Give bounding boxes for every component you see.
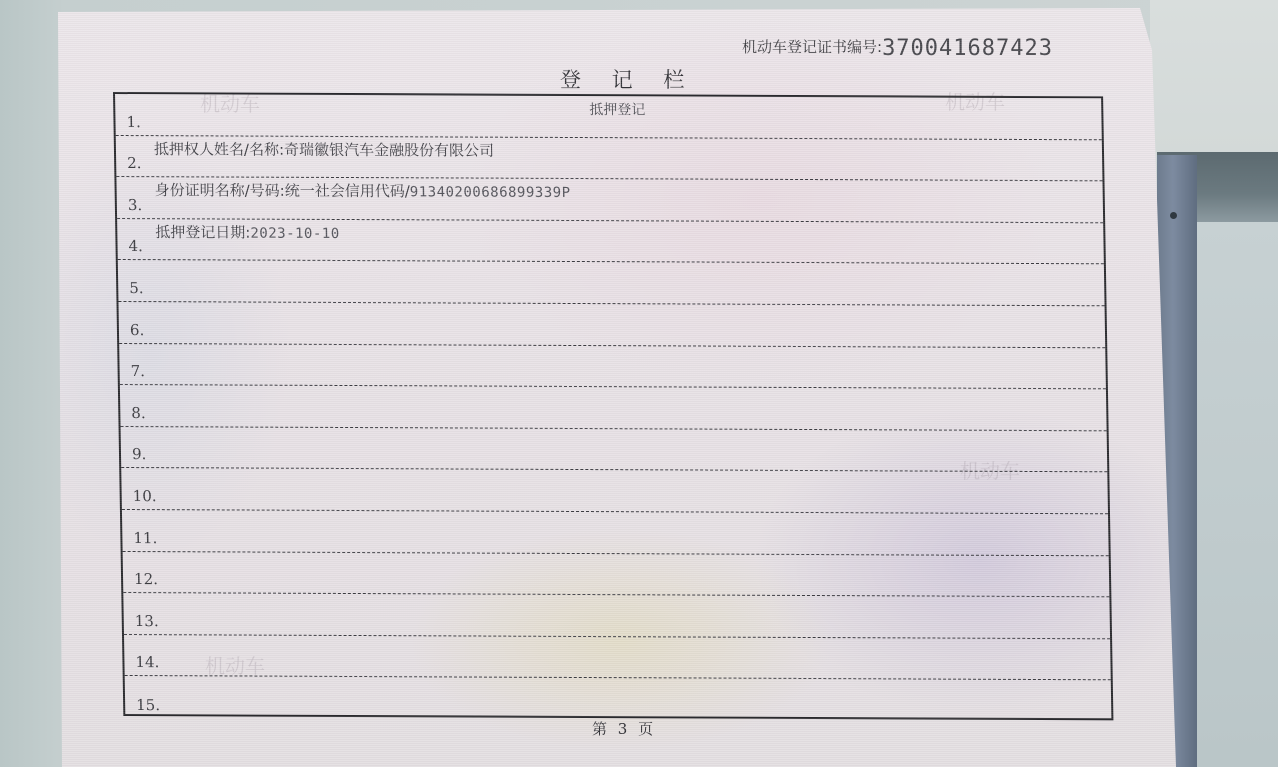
table-row: 1.抵押登记 — [115, 94, 1102, 140]
row-number: 15. — [136, 696, 160, 714]
certificate-number-label: 机动车登记证书编号: — [742, 38, 882, 56]
table-row: 8. — [120, 385, 1107, 431]
section-title: 登 记 栏 — [560, 64, 696, 94]
row-value: 统一社会信用代码/ — [285, 182, 410, 201]
table-row: 10. — [121, 468, 1108, 514]
row-number: 12. — [134, 570, 158, 588]
table-row: 6. — [118, 302, 1105, 348]
row-number: 2. — [127, 154, 142, 172]
row-content: 身份证明名称/号码:统一社会信用代码/91340200686899339P — [154, 179, 570, 202]
row-number: 4. — [128, 237, 143, 255]
row-content: 抵押登记日期:2023-10-10 — [155, 221, 340, 243]
table-row: 4.抵押登记日期:2023-10-10 — [117, 219, 1104, 265]
row-code: 91340200686899339P — [410, 184, 571, 201]
row-number: 13. — [135, 612, 159, 630]
row-number: 10. — [133, 487, 157, 505]
table-row: 3.身份证明名称/号码:统一社会信用代码/91340200686899339P — [116, 177, 1103, 223]
row-number: 3. — [128, 196, 143, 214]
row-number: 1. — [126, 113, 141, 131]
row-number: 9. — [132, 445, 147, 463]
screw-icon — [1170, 212, 1177, 219]
certificate-number: 机动车登记证书编号:370041687423 — [742, 36, 1053, 61]
registration-certificate-page: 机动车 机动车 机动车 机动车 机动车登记证书编号:370041687423 登… — [0, 0, 1278, 767]
row-label: 身份证明名称/号码: — [154, 181, 284, 200]
row-number: 14. — [135, 653, 159, 671]
table-row: 9. — [121, 427, 1108, 473]
row-label: 抵押权人姓名/名称: — [154, 140, 284, 159]
row-title: 抵押登记 — [589, 99, 645, 119]
table-row: 7. — [119, 344, 1106, 390]
background-frame-inner — [1197, 222, 1278, 767]
table-row: 13. — [123, 593, 1110, 639]
page-number: 第 3 页 — [592, 718, 656, 739]
row-label: 抵押登记日期: — [155, 223, 250, 241]
row-number: 7. — [130, 362, 145, 380]
table-row: 15. — [125, 676, 1112, 722]
registration-table: 1.抵押登记2.抵押权人姓名/名称:奇瑞徽银汽车金融股份有限公司3.身份证明名称… — [113, 92, 1113, 720]
row-number: 8. — [131, 404, 146, 422]
table-row: 5. — [118, 260, 1105, 306]
certificate-number-value: 370041687423 — [882, 36, 1053, 61]
table-row: 12. — [123, 552, 1110, 598]
table-row: 2.抵押权人姓名/名称:奇瑞徽银汽车金融股份有限公司 — [116, 136, 1103, 182]
row-number: 5. — [129, 279, 144, 297]
row-content: 抵押权人姓名/名称:奇瑞徽银汽车金融股份有限公司 — [154, 138, 495, 160]
row-number: 11. — [133, 529, 157, 547]
table-row: 14. — [124, 635, 1111, 681]
table-row: 11. — [122, 510, 1109, 556]
row-code: 2023-10-10 — [250, 225, 340, 241]
row-value: 奇瑞徽银汽车金融股份有限公司 — [284, 140, 494, 159]
row-number: 6. — [130, 321, 145, 339]
